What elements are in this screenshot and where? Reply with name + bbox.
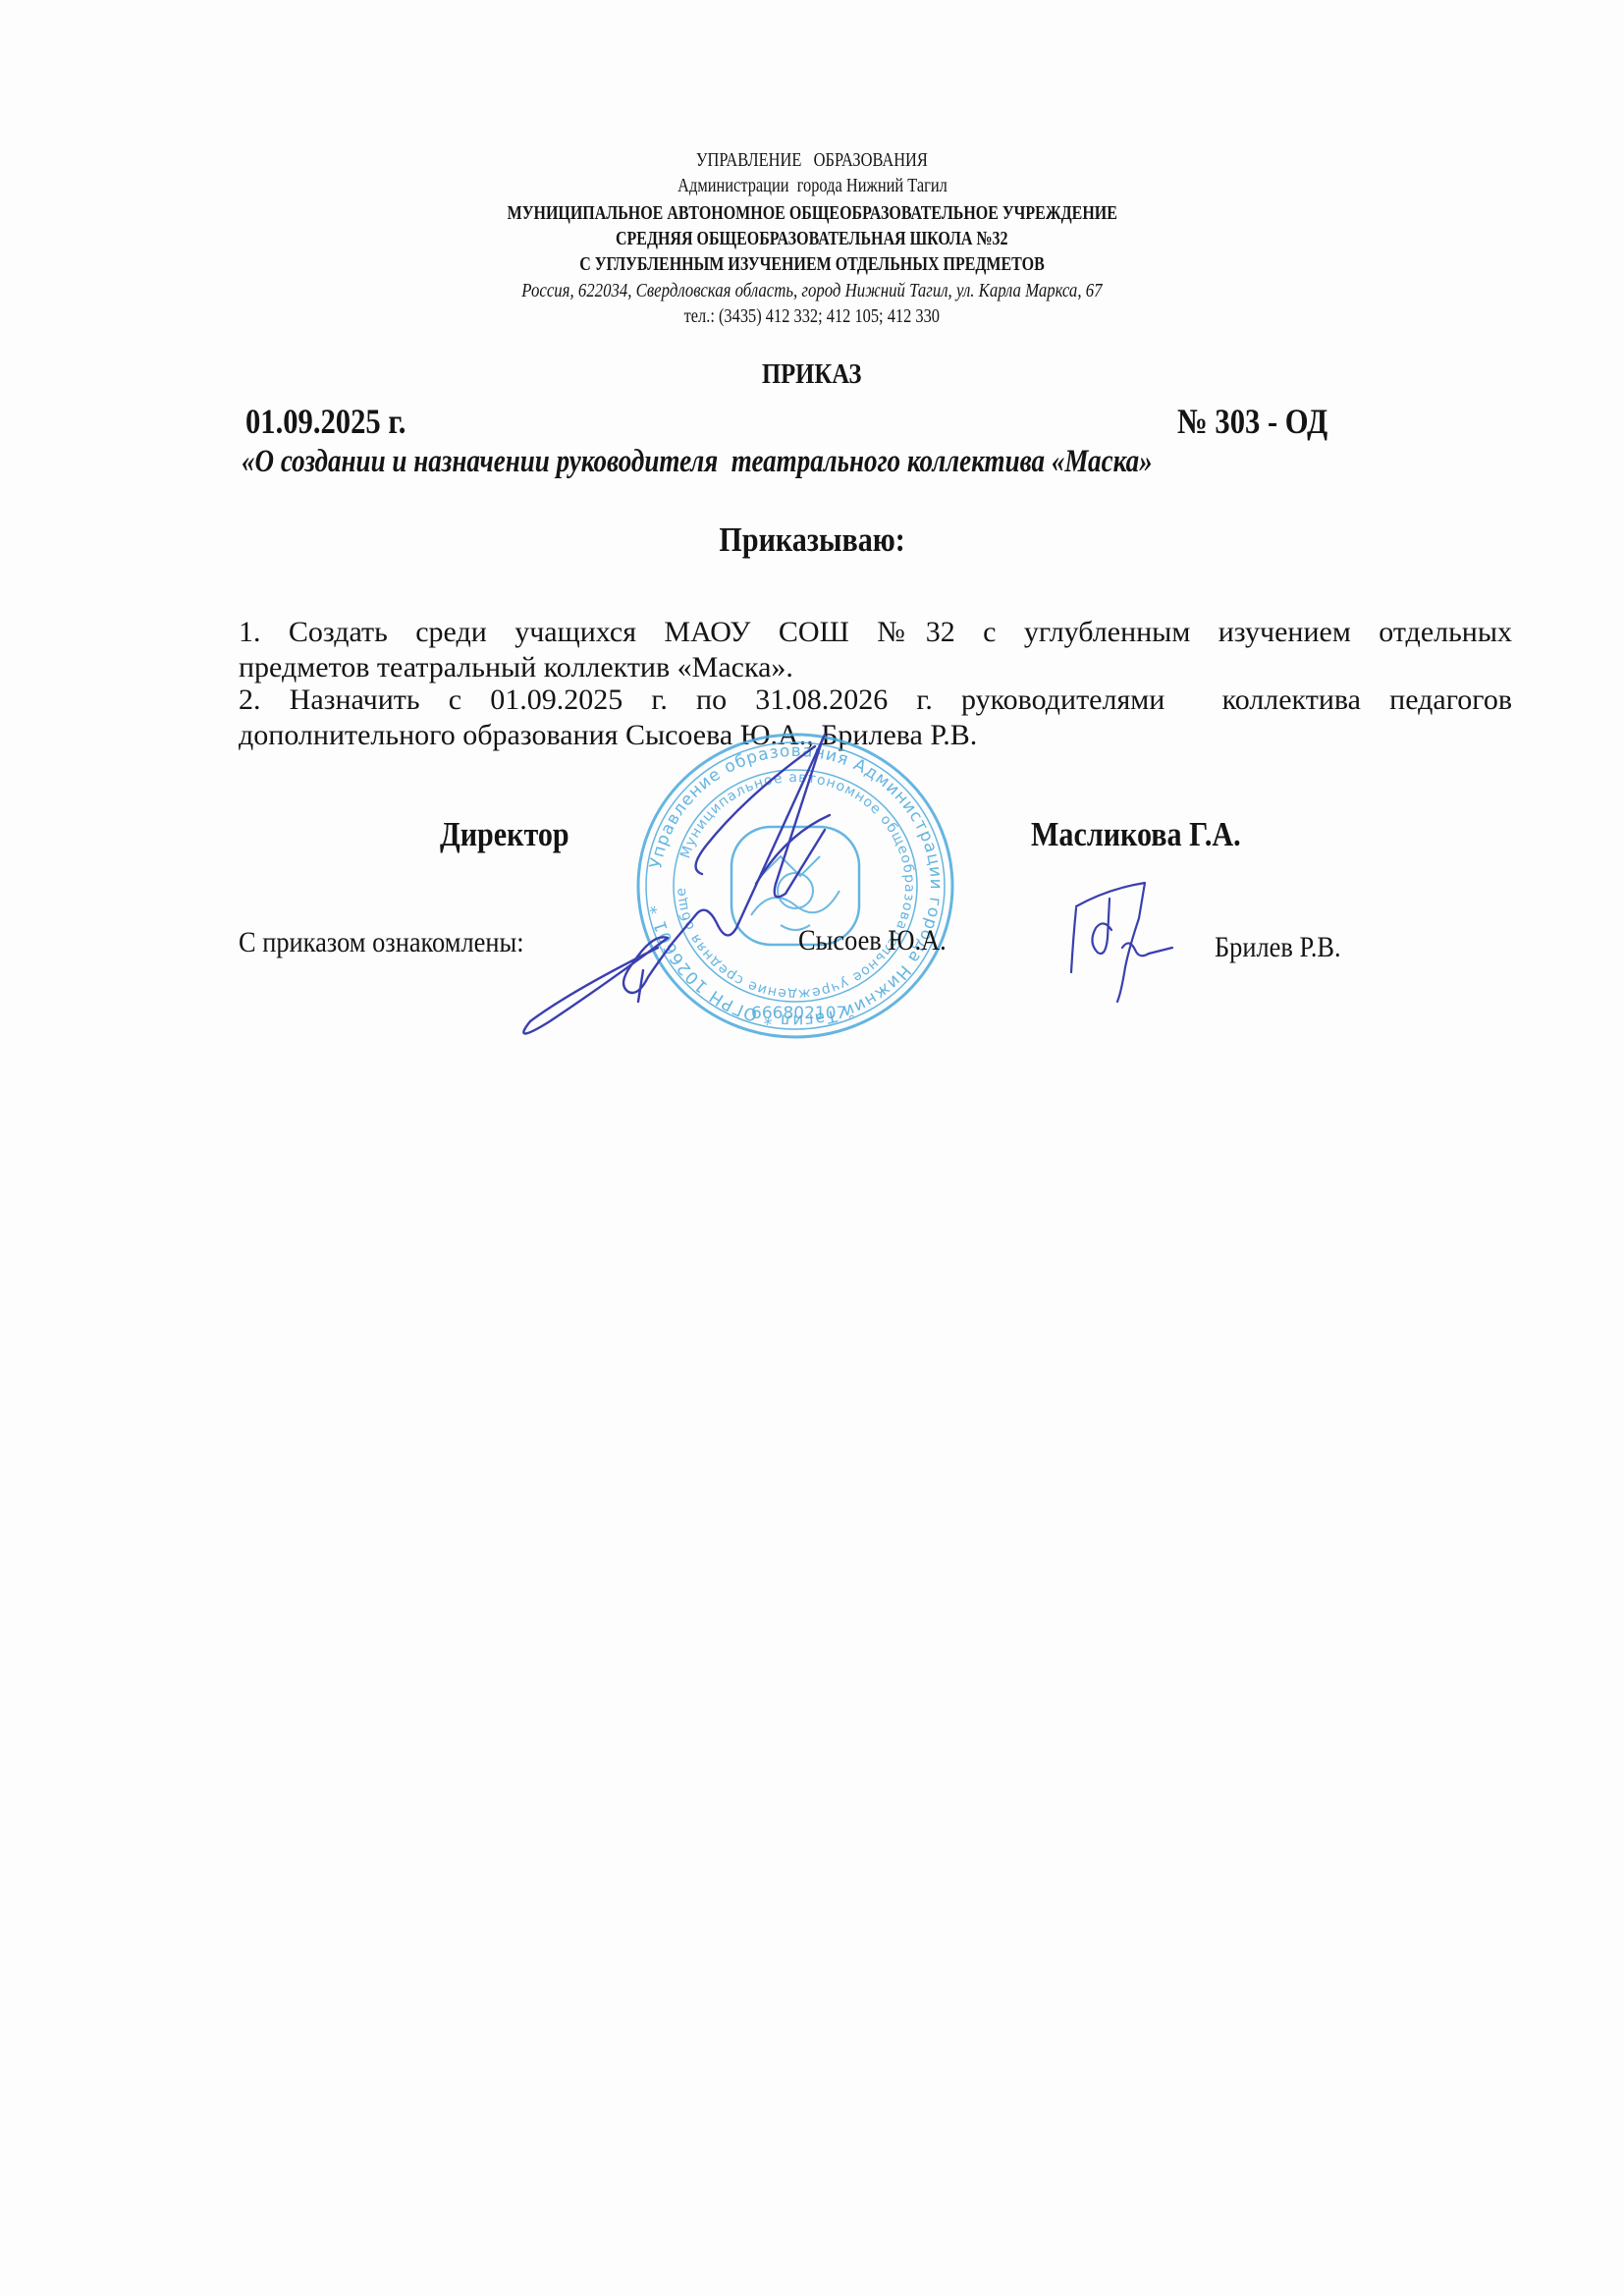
- order-item-1-line-2: предметов театральный коллектив «Маска».: [239, 650, 1512, 684]
- header-school-profile: С УГЛУБЛЕННЫМ ИЗУЧЕНИЕМ ОТДЕЛЬНЫХ ПРЕДМЕ…: [0, 253, 1624, 276]
- acknowledged-name-1: Сысоев Ю.А.: [798, 924, 947, 957]
- phone-text: тел.: (3435) 412 332; 412 105; 412 330: [684, 305, 940, 328]
- orders-heading-text: Приказываю:: [719, 520, 904, 560]
- header-line-4: СРЕДНЯЯ ОБЩЕОБРАЗОВАТЕЛЬНАЯ ШКОЛА №32: [616, 228, 1008, 250]
- order-item-2-line-2: дополнительного образования Сысоева Ю.А.…: [239, 718, 1512, 752]
- header-line-5: С УГЛУБЛЕННЫМ ИЗУЧЕНИЕМ ОТДЕЛЬНЫХ ПРЕДМЕ…: [579, 253, 1045, 276]
- brilev-signature-icon: [1068, 879, 1176, 1007]
- director-name: Масликова Г.А.: [1031, 815, 1241, 854]
- order-number: № 303 - ОД: [1177, 401, 1327, 442]
- address-text: Россия, 622034, Свердловская область, го…: [521, 280, 1102, 302]
- header-line-2: Администрации города Нижний Тагил: [677, 175, 947, 197]
- svg-text:Муниципальное автономное общео: Муниципальное автономное общеобразовател…: [633, 729, 917, 1002]
- director-title: Директор: [440, 815, 569, 854]
- director-signature-icon: [491, 727, 844, 1051]
- document-type: ПРИКАЗ: [0, 358, 1624, 391]
- header-address: Россия, 622034, Свердловская область, го…: [0, 280, 1624, 302]
- header-phone: тел.: (3435) 412 332; 412 105; 412 330: [0, 305, 1624, 328]
- order-subject: «О создании и назначении руководителя те…: [242, 444, 1153, 480]
- orders-heading: Приказываю:: [0, 520, 1624, 560]
- header-school-name: СРЕДНЯЯ ОБЩЕОБРАЗОВАТЕЛЬНАЯ ШКОЛА №32: [0, 228, 1624, 250]
- header-department: УПРАВЛЕНИЕ ОБРАЗОВАНИЯ: [0, 149, 1624, 172]
- order-item-2-line-1: 2. Назначить с 01.09.2025 г. по 31.08.20…: [239, 683, 1512, 717]
- acknowledged-name-2: Брилев Р.В.: [1215, 931, 1341, 964]
- header-line-1: УПРАВЛЕНИЕ ОБРАЗОВАНИЯ: [696, 149, 928, 172]
- header-line-3: МУНИЦИПАЛЬНОЕ АВТОНОМНОЕ ОБЩЕОБРАЗОВАТЕЛ…: [507, 202, 1116, 225]
- svg-text:666802107: 666802107: [751, 1004, 846, 1023]
- order-item-1-line-1: 1. Создать среди учащихся МАОУ СОШ №32 с…: [239, 615, 1512, 649]
- official-stamp-icon: Управление образования Администрации гор…: [633, 729, 957, 1043]
- header-institution: МУНИЦИПАЛЬНОЕ АВТОНОМНОЕ ОБЩЕОБРАЗОВАТЕЛ…: [0, 202, 1624, 225]
- document-page: УПРАВЛЕНИЕ ОБРАЗОВАНИЯ Администрации гор…: [0, 0, 1624, 2296]
- document-type-label: ПРИКАЗ: [762, 358, 861, 391]
- header-administration: Администрации города Нижний Тагил: [0, 175, 1624, 197]
- acknowledged-label: С приказом ознакомлены:: [239, 926, 524, 959]
- order-date: 01.09.2025 г.: [245, 401, 406, 442]
- svg-text:Управление образования Админис: Управление образования Администрации гор…: [646, 741, 946, 1030]
